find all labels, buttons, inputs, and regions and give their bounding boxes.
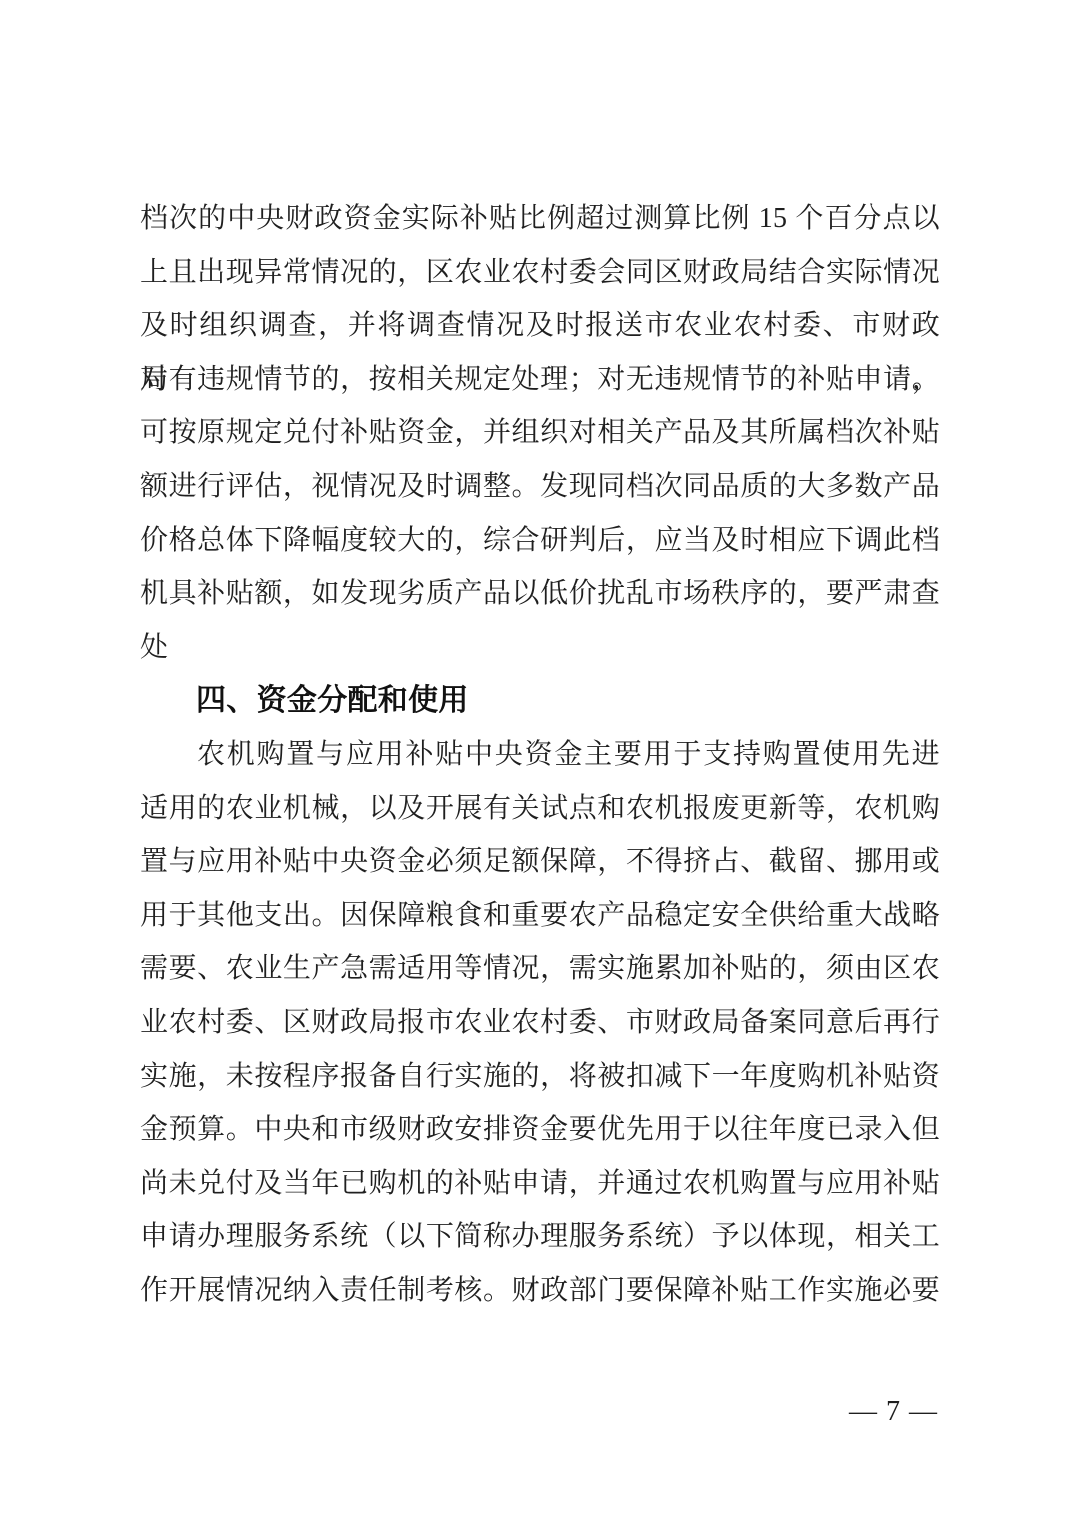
body-line: 金预算。中央和市级财政安排资金要优先用于以往年度已录入但	[140, 1103, 940, 1157]
body-line: 适用的农业机械，以及开展有关试点和农机报废更新等，农机购	[140, 782, 940, 836]
body-line: 额进行评估，视情况及时调整。发现同档次同品质的大多数产品	[140, 460, 940, 514]
body-line: 业农村委、区财政局报市农业农村委、市财政局备案同意后再行	[140, 996, 940, 1050]
body-line: 农机购置与应用补贴中央资金主要用于支持购置使用先进	[140, 728, 940, 782]
body-line: 实施，未按程序报备自行实施的，将被扣减下一年度购机补贴资	[140, 1050, 940, 1104]
document-text-block: 档次的中央财政资金实际补贴比例超过测算比例 15 个百分点以 上且出现异常情况的…	[140, 192, 940, 1317]
body-line: 机具补贴额，如发现劣质产品以低价扰乱市场秩序的，要严肃查	[140, 567, 940, 621]
body-line: 对有违规情节的，按相关规定处理；对无违规情节的补贴申请，	[140, 353, 940, 407]
page-number: — 7 —	[849, 1396, 938, 1428]
body-line: 尚未兑付及当年已购机的补贴申请，并通过农机购置与应用补贴	[140, 1157, 940, 1211]
body-line: 价格总体下降幅度较大的，综合研判后，应当及时相应下调此档	[140, 514, 940, 568]
section-heading: 四、资金分配和使用	[140, 674, 940, 728]
body-line: 处	[140, 621, 940, 675]
body-line: 申请办理服务系统（以下简称办理服务系统）予以体现，相关工	[140, 1210, 940, 1264]
body-line: 及时组织调查，并将调查情况及时报送市农业农村委、市财政局。	[140, 299, 940, 353]
body-line: 需要、农业生产急需适用等情况，需实施累加补贴的，须由区农	[140, 942, 940, 996]
document-page: 档次的中央财政资金实际补贴比例超过测算比例 15 个百分点以 上且出现异常情况的…	[0, 0, 1074, 1520]
body-line: 作开展情况纳入责任制考核。财政部门要保障补贴工作实施必要	[140, 1264, 940, 1318]
body-line: 档次的中央财政资金实际补贴比例超过测算比例 15 个百分点以	[140, 192, 940, 246]
body-line: 上且出现异常情况的，区农业农村委会同区财政局结合实际情况	[140, 246, 940, 300]
body-line: 可按原规定兑付补贴资金，并组织对相关产品及其所属档次补贴	[140, 406, 940, 460]
body-line: 用于其他支出。因保障粮食和重要农产品稳定安全供给重大战略	[140, 889, 940, 943]
body-line: 置与应用补贴中央资金必须足额保障，不得挤占、截留、挪用或	[140, 835, 940, 889]
